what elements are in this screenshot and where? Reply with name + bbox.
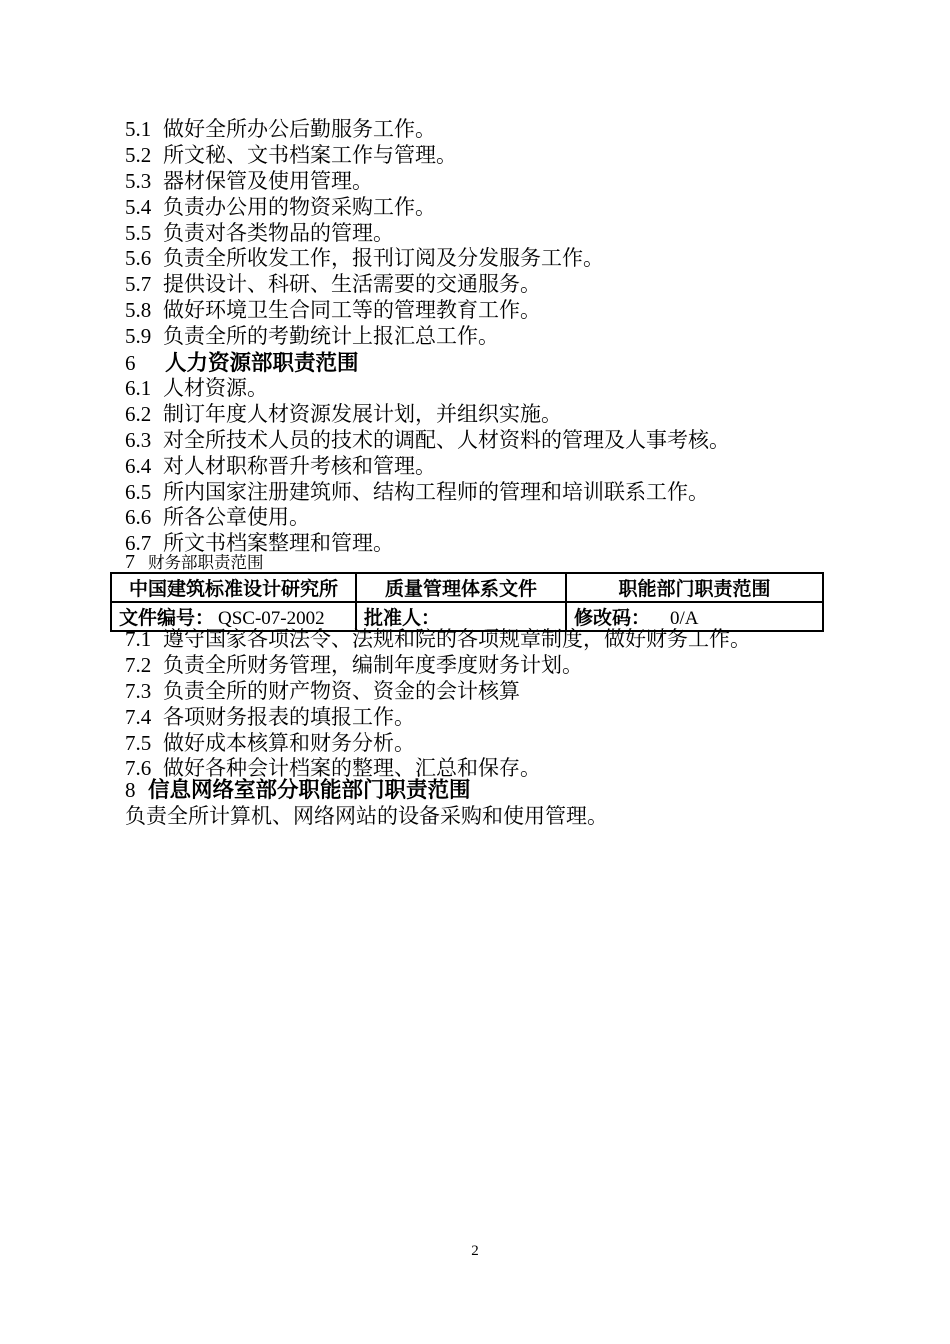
item-number: 5.7 — [125, 272, 163, 298]
item-text: 做好环境卫生合同工等的管理教育工作。 — [163, 298, 541, 322]
heading-number: 6 — [125, 350, 165, 376]
table-header-doc-type: 质量管理体系文件 — [356, 573, 566, 602]
revision-code-value: 0/A — [670, 608, 699, 629]
heading-title: 信息网络室部分职能部门职责范围 — [148, 778, 471, 802]
item-text: 所内国家注册建筑师、结构工程师的管理和培训联系工作。 — [163, 480, 709, 504]
list-item: 6.3对全所技术人员的技术的调配、人材资料的管理及人事考核。 — [125, 428, 840, 454]
item-number: 6.4 — [125, 454, 163, 480]
page-number: 2 — [0, 1243, 950, 1260]
list-item: 5.4负责办公用的物资采购工作。 — [125, 195, 840, 221]
item-text: 各项财务报表的填报工作。 — [163, 705, 415, 729]
list-item: 5.2所文秘、文书档案工作与管理。 — [125, 143, 840, 169]
item-number: 7.5 — [125, 731, 163, 757]
table-header-row: 中国建筑标准设计研究所 质量管理体系文件 职能部门职责范围 — [111, 573, 823, 602]
doc-info-table-wrap: 中国建筑标准设计研究所 质量管理体系文件 职能部门职责范围 文件编号：QSC-0… — [110, 572, 822, 632]
list-item: 6.6所各公章使用。 — [125, 505, 840, 531]
item-text: 器材保管及使用管理。 — [163, 169, 373, 193]
item-number: 5.2 — [125, 143, 163, 169]
item-number: 6.2 — [125, 402, 163, 428]
item-text: 负责对各类物品的管理。 — [163, 221, 394, 245]
section-6-items: 6.1人材资源。 6.2制订年度人材资源发展计划，并组织实施。 6.3对全所技术… — [125, 376, 840, 557]
revision-code-label: 修改码： — [574, 608, 650, 629]
item-text: 对人材职称晋升考核和管理。 — [163, 454, 436, 478]
list-item: 5.8做好环境卫生合同工等的管理教育工作。 — [125, 298, 840, 324]
item-text: 负责全所财务管理，编制年度季度财务计划。 — [163, 653, 583, 677]
item-number: 5.1 — [125, 117, 163, 143]
item-number: 5.3 — [125, 169, 163, 195]
list-item: 6.5所内国家注册建筑师、结构工程师的管理和培训联系工作。 — [125, 480, 840, 506]
item-text: 做好成本核算和财务分析。 — [163, 731, 415, 755]
list-item: 5.6负责全所收发工作，报刊订阅及分发服务工作。 — [125, 246, 840, 272]
item-number: 5.6 — [125, 246, 163, 272]
list-item: 7.5做好成本核算和财务分析。 — [125, 731, 840, 757]
item-text: 遵守国家各项法令、法规和院的各项规章制度，做好财务工作。 — [163, 627, 751, 651]
table-header-scope: 职能部门职责范围 — [566, 573, 823, 602]
section-8-heading: 8信息网络室部分职能部门职责范围 — [125, 777, 840, 803]
item-number: 5.4 — [125, 195, 163, 221]
item-text: 所各公章使用。 — [163, 505, 310, 529]
list-item: 7.4各项财务报表的填报工作。 — [125, 705, 840, 731]
heading-number: 7 — [125, 551, 148, 573]
list-item: 6.4对人材职称晋升考核和管理。 — [125, 454, 840, 480]
item-text: 负责全所的财产物资、资金的会计核算 — [163, 679, 520, 703]
list-item: 5.3器材保管及使用管理。 — [125, 169, 840, 195]
heading-title: 财务部职责范围 — [148, 553, 264, 572]
list-item: 5.1做好全所办公后勤服务工作。 — [125, 117, 840, 143]
list-item: 7.1遵守国家各项法令、法规和院的各项规章制度，做好财务工作。 — [125, 627, 840, 653]
section-6-heading: 6人力资源部职责范围 — [125, 350, 840, 376]
section-5-items: 5.1做好全所办公后勤服务工作。 5.2所文秘、文书档案工作与管理。 5.3器材… — [125, 117, 840, 350]
doc-info-table: 中国建筑标准设计研究所 质量管理体系文件 职能部门职责范围 文件编号：QSC-0… — [110, 572, 824, 632]
section-8-paragraph: 负责全所计算机、网络网站的设备采购和使用管理。 — [125, 803, 840, 829]
list-item: 7.3负责全所的财产物资、资金的会计核算 — [125, 679, 840, 705]
item-text: 制订年度人材资源发展计划，并组织实施。 — [163, 402, 562, 426]
section-7-heading: 7财务部职责范围 — [125, 551, 840, 573]
item-number: 7.1 — [125, 627, 163, 653]
item-number: 7.3 — [125, 679, 163, 705]
list-item: 6.2制订年度人材资源发展计划，并组织实施。 — [125, 402, 840, 428]
table-header-org: 中国建筑标准设计研究所 — [111, 573, 356, 602]
item-number: 5.8 — [125, 298, 163, 324]
heading-title: 人力资源部职责范围 — [165, 351, 359, 375]
item-text: 负责全所的考勤统计上报汇总工作。 — [163, 324, 499, 348]
item-text: 对全所技术人员的技术的调配、人材资料的管理及人事考核。 — [163, 428, 730, 452]
section-7-items: 7.1遵守国家各项法令、法规和院的各项规章制度，做好财务工作。 7.2负责全所财… — [125, 627, 840, 782]
item-number: 5.9 — [125, 324, 163, 350]
item-text: 人材资源。 — [163, 376, 268, 400]
doc-number-label: 文件编号： — [119, 608, 214, 629]
list-item: 5.9负责全所的考勤统计上报汇总工作。 — [125, 324, 840, 350]
item-text: 负责全所收发工作，报刊订阅及分发服务工作。 — [163, 246, 604, 270]
item-text: 做好全所办公后勤服务工作。 — [163, 117, 436, 141]
item-text: 提供设计、科研、生活需要的交通服务。 — [163, 272, 541, 296]
doc-number-value: QSC-07-2002 — [218, 608, 325, 629]
list-item: 7.2负责全所财务管理，编制年度季度财务计划。 — [125, 653, 840, 679]
item-number: 6.5 — [125, 480, 163, 506]
document-page: 5.1做好全所办公后勤服务工作。 5.2所文秘、文书档案工作与管理。 5.3器材… — [0, 0, 950, 1344]
item-number: 6.1 — [125, 376, 163, 402]
list-item: 5.5负责对各类物品的管理。 — [125, 221, 840, 247]
item-text: 所文秘、文书档案工作与管理。 — [163, 143, 457, 167]
item-number: 7.4 — [125, 705, 163, 731]
item-text: 负责办公用的物资采购工作。 — [163, 195, 436, 219]
item-number: 6.6 — [125, 505, 163, 531]
approver-label: 批准人： — [364, 608, 440, 629]
heading-number: 8 — [125, 777, 148, 803]
item-number: 5.5 — [125, 221, 163, 247]
list-item: 5.7提供设计、科研、生活需要的交通服务。 — [125, 272, 840, 298]
item-number: 7.2 — [125, 653, 163, 679]
list-item: 6.1人材资源。 — [125, 376, 840, 402]
item-number: 6.3 — [125, 428, 163, 454]
